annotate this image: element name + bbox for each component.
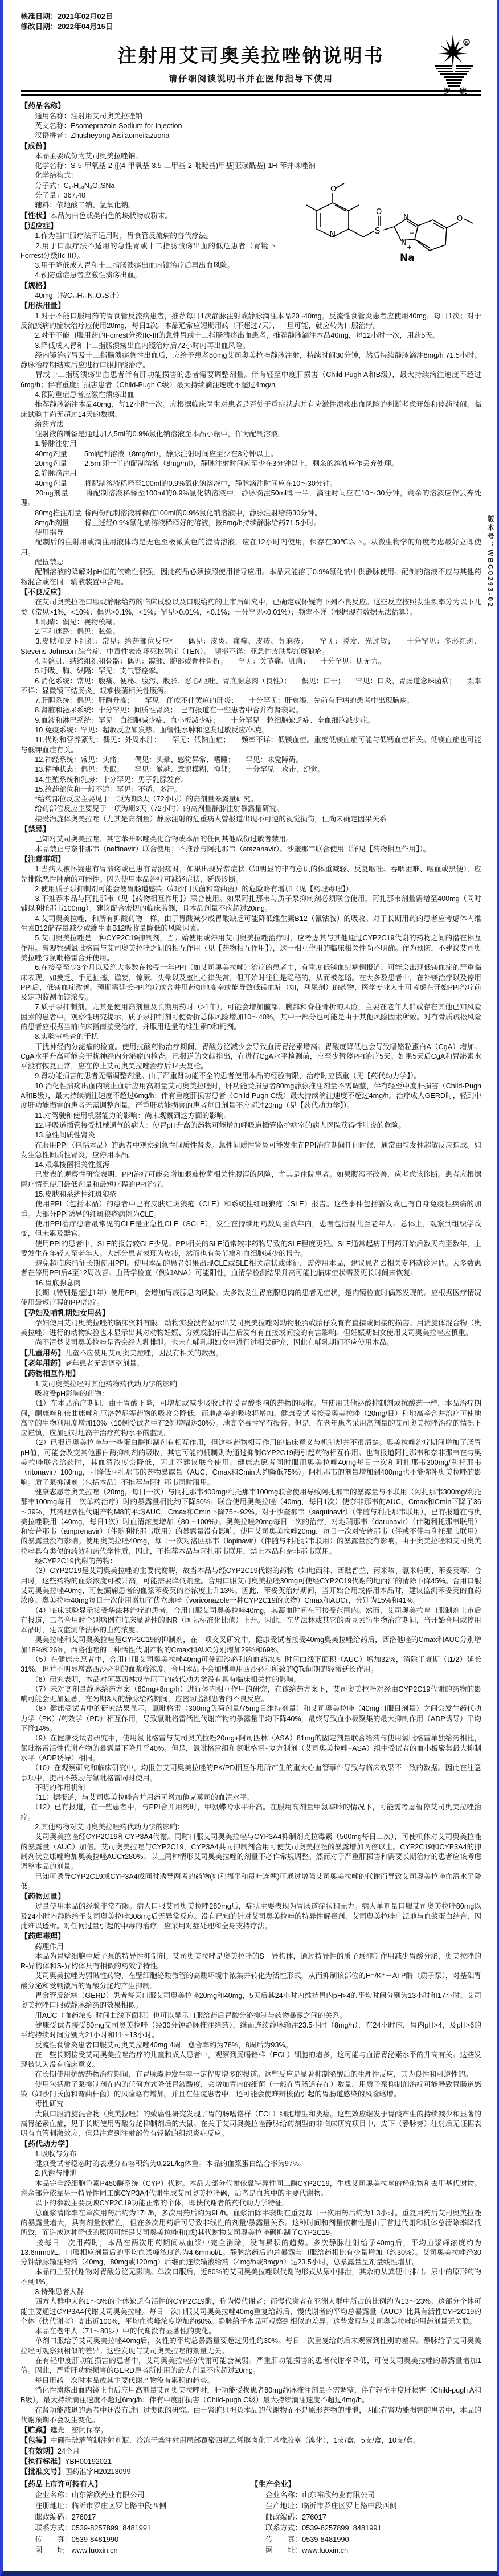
body-line: 反流性食管炎患者口服艾司奥美拉唑40mg 4周，愈合率约为78%，8周后为93%…	[21, 2041, 481, 2050]
company-info-line: 联系方式：0539-8257899 8481991	[21, 2522, 251, 2534]
body-line: 英文名称：Esomeprazole Sodium for Injection	[21, 121, 481, 131]
body-line: （8）健康受试者中的研究结果显示，氯吡格雷（300mg负荷剂量/75mg日维持剂…	[21, 1704, 481, 1734]
body-line: *给药部位反应主要见于一项为期3天（72小时）的高剂量暴露量研究。	[21, 794, 481, 804]
body-line: 9.肾功能损害的患者无需调整剂量。由于严重肾功能不全的患者使用本品的经验有限，治…	[21, 1071, 481, 1081]
body-line: 14.生殖系统和乳房：十分罕见：男子乳腺发育。	[21, 775, 481, 785]
body-line: 尚不清楚艾司奥美拉唑是否会经人乳排泄。也未在哺乳期妇女中进行过相关研究，因此在哺…	[21, 1338, 481, 1348]
body-line: 已知可诱导CYP2C19或CYP3A4或同时诱导两者的药物(如利福平和贯叶连翘)…	[21, 1872, 481, 1892]
section-heading: 【禁忌】	[21, 825, 50, 833]
svg-text:Na: Na	[400, 252, 415, 264]
body-line: 本品主要成份为艾司奥美拉唑钠。	[21, 151, 481, 161]
body-line: 在有轻中度肝功能损害的患者中，艾司奥美拉唑的代谢可能会减弱。严重肝功能损害的患者…	[21, 2356, 481, 2376]
body-line: 4.艾司奥美拉唑，和所有抑酸药物一样，由于胃酸减少或胃酸缺乏可能降低维生素B12…	[21, 914, 481, 934]
body-line: 14.艰难梭菌相关性腹泻	[21, 1160, 481, 1170]
svg-text:欣: 欣	[459, 87, 467, 95]
approval-dates: 核准日期：2021年02月02日 修改日期：2022年04月15日	[21, 11, 481, 32]
body-line: 2.静脉滴注用	[21, 469, 481, 478]
body-line: 4.预防重症患者应激性溃疡出血	[21, 390, 481, 400]
company-info-line: 企业名称：山东裕欣药业有限公司	[21, 2489, 251, 2501]
body-line: 艾司奥美拉唑经CYP2C19和CYP3A4代谢。同时口服艾司奥美拉唑与CYP3A…	[21, 1832, 481, 1871]
body-line: 1.当病人被怀疑患有胃溃疡或已患有胃溃疡时，如果出现异常症状（如明显的非有意识的…	[21, 865, 481, 884]
body-line: 10.免疫系统：罕见：超敏反应如发热、血管性水肿和速发过敏反应/休克。	[21, 726, 481, 735]
body-line: 已知对艾司奥美拉唑、其它苯并咪唑类化合物或本品的任何其他成份过敏者禁用。	[21, 834, 481, 844]
revision-date: 修改日期：2022年04月15日	[21, 22, 481, 32]
body-line: （12）已有报道，在一些患者中，与PPI合并用药时，甲氨蝶呤水平升高。在服用高剂…	[21, 1803, 481, 1823]
body-line: 本品在老年人（71～80岁）中的代谢没有显著性的变化。	[21, 2327, 481, 2336]
approval-date: 核准日期：2021年02月02日	[21, 11, 481, 22]
company-column: 【药品上市许可持有人】 企业名称：山东裕欣药业有限公司 注册地址：临沂市罗庄区罗…	[21, 2479, 251, 2556]
body-line: 按每日一次用药时，本品在两次用药期间从血浆中完全消除，没有累积的趋势。多次静脉注…	[21, 2238, 481, 2268]
company-info-line: 企业名称：山东裕欣药业有限公司	[251, 2489, 482, 2501]
body-line: 不明的作用机制	[21, 1783, 481, 1793]
body-line: 【执行标准】YBH00192021	[21, 2456, 481, 2467]
company-info-line: 传 真：0539-8481990	[251, 2534, 482, 2545]
svg-text:N: N	[329, 229, 336, 239]
body-line: 1.艾司奥美拉唑对其他药物药代动力学的影响	[21, 1379, 481, 1389]
body-line: （10）在观察研究和临床研究中，均报告艾司奥美拉唑的PK/PD相互作用所产生的重…	[21, 1763, 481, 1783]
body-line: 使用指导	[21, 528, 481, 538]
body-line: 【有效期】24个月	[21, 2446, 481, 2456]
body-line: 10.消化性溃疡出血内镜止血后应用高剂量艾司奥美拉唑时，肝功能受损患者80mg静…	[21, 1082, 481, 1111]
body-line: 胃或十二指肠溃疡出血患者伴有肝功能损害的患者需要调整剂量。伴有轻至中度肝损害（C…	[21, 370, 481, 390]
body-line: 【孕妇及哺乳期妇女用药】	[21, 1308, 481, 1318]
svg-text:O: O	[376, 208, 382, 216]
company-column-title: 【药品上市许可持有人】	[21, 2479, 251, 2489]
body-line: （3）CYP2C19是艾司奥美拉唑的主要代谢酶，故当本品与经CYP2C19代谢的…	[21, 1566, 481, 1606]
section-heading: 【用法用量】	[21, 301, 65, 310]
body-line: 2.对于不能口服用药的Forrest分级IIc-III的急性胃或十二指肠溃疡出血…	[21, 331, 481, 341]
page-title: 注射用艾司奥美拉唑钠说明书	[21, 41, 481, 68]
body-line: 13.急性间质性肾炎	[21, 1131, 481, 1140]
body-line: 6.在接受至少3个月以及绝大多数在接受一年PPI（如艾司奥美拉唑）治疗的患者中，…	[21, 963, 481, 1002]
company-info-line: 网 址：www.luoxin.cn	[251, 2545, 482, 2556]
body-line: （2）已报道奥美拉唑与一些蛋白酶抑制剂有相互作用，但这些药物相互作用的临床意义与…	[21, 1438, 481, 1487]
body-line: 孕妇使用艾司奥美拉唑的临床资料有限。动物实验没有显示出艾司奥美拉唑对动物胚胎或胎…	[21, 1318, 481, 1338]
body-line: 7.质子泵抑制剂，尤其是使用高剂量及长期用药时（>1年），可能会增加髋部、腕部和…	[21, 1002, 481, 1032]
body-line: 配制后的注射用或滴注用液体均是无色至极微黄色的澄清溶液，应在12小时内使用，保存…	[21, 538, 481, 558]
section-heading: 【儿童用药】	[21, 1349, 65, 1357]
body-line: 长期（特别是超过1年）使用PPI，会增加胃底腺息肉风险。大多数发生胃底腺息肉的患…	[21, 1288, 481, 1308]
body-line: 使用PPI治疗患者最常见的CLE是亚急性CLE（SCLE），发生在持续用药数周至…	[21, 1219, 481, 1239]
body-line: 15.给药部位和一般不适：罕见：不适、多汗。	[21, 785, 481, 794]
svg-text:O: O	[457, 215, 463, 223]
body-line: 3.降低成人胃和十二指肠溃疡出血内镜治疗后72小时内再出血风险。	[21, 341, 481, 351]
luoxin-logo-icon: R 罗 欣	[430, 33, 478, 96]
body-line: 40mg（按C₁₇H₁₉N₃O₃S计）	[21, 291, 481, 301]
section-heading: 【孕妇及哺乳期妇女用药】	[21, 1309, 109, 1317]
body-line: 【成份】	[21, 141, 481, 151]
body-line: 【药物过量】	[21, 1891, 481, 1902]
body-line: 健康受试者接受80mg艾司奥美拉唑（经30分钟静脉推注给药），继而连续静脉输注2…	[21, 2021, 481, 2041]
body-line: 8mg/h剂量 将上述经0.9%氯化钠溶液稀释好的溶液，按8mg/h持续静脉给药…	[21, 518, 481, 528]
body-line: 1.眼睛：偶见：视物模糊。	[21, 617, 481, 627]
svg-text:R: R	[465, 40, 468, 45]
body-line: （5）在健康志愿者中，合用口服艾司奥美拉唑40mg可使西沙必利的血药浓度-时间曲…	[21, 1655, 481, 1675]
body-line: 注射液的制备是通过加入5ml的0.9%氯化钠溶液至本品小瓶中，作为配制溶液。	[21, 429, 481, 439]
body-line: 过量使用本品的经验非常有限。病人口服艾司奥美拉唑280mg后，症状主要表现为胃肠…	[21, 1902, 481, 1931]
body-line: 单剂口服给予艾司奥美拉唑40mg后，女性的平均总暴露量要超过男性约30%。每日一…	[21, 2336, 481, 2356]
body-line: 在一些长期接受艾司奥美拉唑治疗的儿童和成人患者中，观察到肠嗜铬样（ECL）细胞的…	[21, 2050, 481, 2070]
body-line: 3.皮肤和皮下组织：常见：给药部位反应* 偶见：皮炎、瘙痒、皮疹、荨麻疹； 罕见…	[21, 637, 481, 657]
body-line: 40mg剂量 5ml配制溶液（8mg/ml），静脉注射时间应至少在3分钟以上。	[21, 449, 481, 459]
company-info-line: 联系方式：0539-8257899 8481991	[251, 2522, 482, 2534]
body-line: （6）研究表明，本品对阿莫西林或奎尼丁的药代动力学没有具有临床相关性的影响。	[21, 1675, 481, 1685]
body-line: 【用法用量】	[21, 301, 481, 311]
section-heading: 【药物相互作用】	[21, 1369, 80, 1378]
body-line: 健康志愿者奥美拉唑（20mg，每日一次）与阿扎那韦400mg/利托那韦100mg…	[21, 1488, 481, 1557]
company-info-line: 邮政编码：276017	[21, 2512, 251, 2523]
body-line: 【批准文号】国药准字H20213099	[21, 2467, 481, 2477]
svg-text:罗: 罗	[444, 87, 451, 95]
body-line: 用AUC（血药浓度-时间曲线下面积）也可以显示口服给药后胃酸分泌抑制与药物暴露之…	[21, 2011, 481, 2021]
section-heading: 【成份】	[21, 142, 50, 150]
section-heading: 【注意事项】	[21, 855, 65, 863]
section-heading: 【批准文号】	[21, 2467, 65, 2476]
section-heading: 【规格】	[21, 281, 50, 290]
body-line: 化学名称：S-5-甲氧基-2-{[(4-甲氧基-3,5-二甲基-2-吡啶基)甲基…	[21, 161, 481, 171]
body-line: 8.实验室检查的干扰	[21, 1032, 481, 1042]
body-line: 4.预防重症患者应激性溃疡出血。	[21, 271, 481, 280]
svg-text:N: N	[403, 214, 409, 222]
svg-text:+: +	[407, 244, 412, 251]
body-line: 给药部位反应主要见于一项为期3天（72小时）的高剂量静脉注射暴露量研究。	[21, 804, 481, 814]
body-line: 3.特殊患者人群	[21, 2287, 481, 2297]
body-line: 消化性溃疡出血内镜止血后应用高剂量艾司奥美拉唑时，肝功能受损患者80mg静脉推注…	[21, 2386, 481, 2406]
package-insert-page: 核准日期：2021年02月02日 修改日期：2022年04月15日 R 罗	[0, 0, 499, 2576]
body-line: 配制溶液的降解对pH值的依赖性很强，因此药品必须按照使用指导应用。本品只能溶于0…	[21, 567, 481, 587]
company-info: 【药品上市许可持有人】 企业名称：山东裕欣药业有限公司 注册地址：临沂市罗庄区罗…	[21, 2479, 481, 2556]
body-line: 化学结构式：	[21, 171, 481, 181]
body-line: 【不良反应】	[21, 587, 481, 597]
body-line: 1.静脉注射用	[21, 439, 481, 449]
body-line: 8.肾脏和泌尿系统：十分罕见：间质性肾炎； 已有报道在一些患者中合并有肾衰竭。	[21, 706, 481, 715]
body-line: （7）未对高剂量静脉给药方案（80mg+8mg/h）进行体内相互作用的研究，在该…	[21, 1685, 481, 1705]
company-info-line: 注册地址：临沂市罗庄区罗七路中段西侧	[21, 2500, 251, 2512]
body-line: 奥美拉唑和艾司奥美拉唑是CYP2C19的抑制剂，在一项交叉研究中，健康受试者接受…	[21, 1635, 481, 1655]
body-line: 5.艾司奥美拉唑是一种CYP2C19抑制剂，当开始使用或停用艾司奥美拉唑治疗时，…	[21, 933, 481, 963]
body-line: 12.呼吸道插管接受机械通气的病人：使胃pH升高的药物可能增加呼吸道插管监护病室…	[21, 1121, 481, 1131]
section-heading: 【药物过量】	[21, 1892, 65, 1901]
title-divider	[21, 90, 481, 96]
section-heading: 【贮藏】	[21, 2426, 50, 2434]
body-line: 【贮藏】遮光，密闭保存。	[21, 2425, 481, 2435]
body-line: 【老年用药】老年患者无需调整剂量。	[21, 1358, 481, 1369]
body-line: 使用PPI的患者中，SLE的报告较CLE少见。PPI相关的SLE通常较非药物导致…	[21, 1239, 481, 1259]
body-line: 在肾功能减退的患者中还没有进行过类似的研究。由于肾脏只担负本品的代谢物而不是原形…	[21, 2406, 481, 2426]
body-line: 12.神经系统：常见：头痛； 偶见：头晕、感觉异常、嗜睡； 罕见：味觉障碍。	[21, 755, 481, 765]
body-line: 3.不推荐本品与阿扎那韦（见【药物相互作用】）联合使用。如果阿扎那韦与质子泵抑制…	[21, 894, 481, 914]
section-heading: 【药理毒理】	[21, 1932, 65, 1940]
company-info-line: 生产地址：临沂市罗庄区罗七路中段西侧	[251, 2500, 482, 2512]
body-line: 经内镜治疗胃及十二指肠溃疡急性出血后，应给予患者80mg艾司奥美拉唑静脉注射，持…	[21, 351, 481, 371]
section-heading: 【包装】	[21, 2436, 50, 2444]
body-line: 【儿童用药】儿童不应使用艾司奥美拉唑，因没有相关的数据。	[21, 1348, 481, 1358]
luoxin-logo: R 罗 欣	[430, 33, 478, 99]
section-heading: 【老年用药】	[21, 1359, 65, 1367]
section-heading: 【性状】	[21, 211, 50, 220]
svg-text:S: S	[375, 226, 381, 236]
body-line: 80mg推注剂量 将两份配制溶液稀释在100ml的0.9%氯化钠溶液中，静脉注射…	[21, 509, 481, 518]
body-line: 接受消旋体奥美拉唑（尤其是高剂量）静脉注射的危重病人曾报道出现不可逆的视觉损伤，…	[21, 814, 481, 824]
body-line: （11）据报道，与艾司奥美拉唑合并用药可增加他克莫司的血清水平。	[21, 1793, 481, 1803]
section-heading: 【执行标准】	[21, 2457, 65, 2466]
body-line: 16.胃底腺息肉	[21, 1279, 481, 1288]
body-line: 在艾司奥美拉唑口服或静脉给药的临床试验以及口服给药的上市后研究中，已确定或怀疑有…	[21, 597, 481, 617]
section-heading: 【适应症】	[21, 222, 58, 230]
company-column-title: 【生产企业】	[251, 2479, 482, 2489]
svg-text:N: N	[401, 239, 407, 247]
body-line: 大鼠口服消旋混合物（奥美拉唑）的致癌性研究发现了胃的肠嗜铬样（ECL）细胞增生和…	[21, 2110, 481, 2139]
body-line: （4）临床试验显示接受华法林治疗的患者，合用口服艾司奥美拉唑40mg，其凝血时间…	[21, 1606, 481, 1636]
section-heading: 【有效期】	[21, 2447, 58, 2455]
body-line: 6.消化系统：常见：腹痛、便秘、腹泻、腹胀、恶心/呕吐、胃底腺息肉（良性）； 偶…	[21, 677, 481, 697]
body-line: 【药理毒理】	[21, 1931, 481, 1942]
body-line: 药理作用	[21, 1942, 481, 1952]
body-line: 干扰神经内分泌瘤的检查。使用抗酸药物治疗期间，胃酸分泌减少会导致血清胃泌素增高。…	[21, 1042, 481, 1072]
body-line: 本品为胃壁细胞中质子泵的特异性抑制剂。艾司奥美拉唑是奥美拉唑的S－异构体，通过特…	[21, 1952, 481, 1972]
body-line: 20mg剂量 2.5ml即一半的配制溶液（8mg/ml），静脉注射时间应至少在3…	[21, 459, 481, 469]
body-line: 9.血液和淋巴系统：罕见：白细胞减少症、血小板减少症； 十分罕见：粒细胞缺乏症、…	[21, 716, 481, 726]
body-line: 经CYP2C19代谢的药物：	[21, 1557, 481, 1566]
body-line: 15.皮肤和系统性红斑狼疮	[21, 1190, 481, 1199]
insert-body: 【药品名称】 通用名称：注射用艾司奥美拉唑钠 英文名称：Esomeprazole…	[21, 101, 481, 2477]
company-info-line: 网 址：www.luoxin.cn	[21, 2545, 251, 2556]
company-info-line: 传 真：0539-8481990	[21, 2534, 251, 2545]
body-line: 汉语拼音：Zhusheyong Aisi'aomeilazuona	[21, 131, 481, 141]
body-line: 使用包括质子泵抑制剂在内的任何方式降低胃液酸度，会增加胃内的细菌（一般在胃肠道存…	[21, 2080, 481, 2100]
body-line: 2.其他药物对艾司奥美拉唑药代动力学的影响：	[21, 1823, 481, 1832]
svg-text:−: −	[409, 229, 415, 237]
body-line: 2.使用质子泵抑制剂可能会使胃肠道感染（如沙门氏菌和弯曲菌）的危险略有增加（见【…	[21, 884, 481, 894]
body-line: 以下的参数主要反映CYP2C19功能正常的个体，即快代谢者的药代动力学特征。	[21, 2198, 481, 2208]
body-line: （9）在健康受试者研究中，使用氯吡格雷与艾司奥美拉唑20mg+阿司匹林（ASA）…	[21, 1734, 481, 1763]
body-line: 总血浆清除率在单次用药后约为17L/h，多次用药后约为9L/h。血浆消除半衰期在…	[21, 2209, 481, 2238]
body-line: 健康受试者稳态时的表观分布容积约为0.22L/kg体重。本品的血浆蛋白结合率为9…	[21, 2159, 481, 2169]
body-line: 每日用药一次时本品或其主要代谢产物没有累积的趋势。	[21, 2376, 481, 2386]
body-line: 【药代动力学】	[21, 2139, 481, 2149]
section-heading: 【药代动力学】	[21, 2140, 72, 2148]
section-heading: 【不良反应】	[21, 588, 65, 596]
body-line: 7.肝胆系统：偶见：肝酶升高； 罕见：伴或不伴黄疸的肝炎； 十分罕见：肝衰竭、先…	[21, 696, 481, 706]
body-line: 吸收受pH影响的药物：	[21, 1389, 481, 1399]
body-line: （1）在本品治疗期间，由于胃酸下降，可增加或减少吸收过程受胃酸影响的药物的吸收。…	[21, 1399, 481, 1438]
body-line: 13.精神状态：偶见：失眠； 罕见：激越、意识模糊、抑郁； 十分罕见：攻击、幻觉…	[21, 765, 481, 775]
body-line: 使用PPI（包括本品）的患者中已有皮肤红斑狼疮（CLE）和系统性红斑狼疮（SLE…	[21, 1199, 481, 1219]
body-line: 40mg剂量 将配制溶液稀释至100ml的0.9%氯化钠溶液中，静脉滴注时间应在…	[21, 479, 481, 489]
body-line: 【禁忌】	[21, 824, 481, 834]
body-line: 艾司奥美拉唑为弱碱性药物，在壁细胞泌酸微管的高酸环境中浓集并转化为活性形式，从而…	[21, 1971, 481, 1991]
body-line: 1.吸收与分布	[21, 2149, 481, 2159]
body-line: 在服用PPI（包括本品）的患者中观察到急性间质性肾炎。急性间质性肾炎可能发生在P…	[21, 1141, 481, 1161]
company-info-line: 邮政编码：276017	[251, 2512, 482, 2523]
body-line: 西方人群中大约1～3%的个体缺乏有活性的CYP2C19酶，称为慢代谢者；而慢代谢…	[21, 2297, 481, 2327]
body-line: 【包装】中硼硅玻璃管制注射剂瓶、冷冻干燥注射用局部覆聚四氟乙烯膜卤化丁基橡胶塞（…	[21, 2435, 481, 2446]
chemical-structure-diagram: O N S O N N − + O Na	[283, 181, 479, 268]
body-line: 5.呼吸、胸、纵隔：罕见：支气管痉挛。	[21, 666, 481, 676]
body-line: 通用名称：注射用艾司奥美拉唑钠	[21, 112, 481, 121]
body-line: 胃食管反流病（GERD）患者每天口服艾司奥美拉唑20mg和40mg，5天后其24…	[21, 1991, 481, 2011]
body-line: 已发表的观察性研究表明，PPI治疗可能会增加艰难梭菌相关性腹泻的风险，尤其是住院…	[21, 1170, 481, 1190]
version-number: 版本号：WBC0293-02	[486, 515, 496, 608]
body-line: 【注意事项】	[21, 854, 481, 865]
body-line: 4.骨骼肌、结缔组织和骨骼：偶见：髋部、腕部或脊柱骨折； 罕见：关节痛、肌痛； …	[21, 657, 481, 666]
body-line: 【药品名称】	[21, 101, 481, 111]
body-line: 本品完全经细胞色素P450酶系统（CYP）代谢。本品大部分代谢依靠特异性同工酶C…	[21, 2179, 481, 2199]
body-line: 在长期使用抗酸药物治疗期间，有胃腺囊肿发生率一定程度增多的报道。这些反应是显著抑…	[21, 2070, 481, 2079]
body-line: 1.对于不能口服用药的胃食管反流病患者，推荐每日1次静脉注射或静脉滴注本品20~…	[21, 312, 481, 331]
body-line: 给药方法	[21, 420, 481, 429]
svg-text:O: O	[330, 185, 336, 194]
divider-bar-top	[21, 90, 481, 92]
body-line: 11.代谢和营养紊乱：偶见：外周水肿； 罕见：低钠血症； 频率不详：低镁血症。重…	[21, 735, 481, 755]
body-line: 本品的主要代谢物对胃酸分泌无影响。单次口服后，近80%的艾司奥美拉唑以代谢物形式…	[21, 2267, 481, 2287]
body-line: 20mg剂量 将配制溶液稀释至100ml的0.9%氯化钠溶液中，静脉滴注50ml…	[21, 489, 481, 509]
section-heading: 【药品名称】	[21, 101, 65, 110]
company-column: 【生产企业】 企业名称：山东裕欣药业有限公司 生产地址：临沂市罗庄区罗七路中段西…	[251, 2479, 482, 2556]
body-line: 配伍禁忌	[21, 558, 481, 567]
body-line: 2.耳和迷路：偶见：眩晕。	[21, 627, 481, 637]
body-line: 推荐静脉滴注本品40mg，每12小时一次。应根据临床医生对患者是否处于重症状态并…	[21, 400, 481, 420]
body-line: 2.代谢与排泄	[21, 2169, 481, 2178]
body-line: 本品禁止与奈非那韦（nelfinavir）联合使用；不推荐与阿扎那韦（ataza…	[21, 845, 481, 854]
body-line: 11.对驾驶和使用机器能力的影响：尚未观察到这方面的影响。	[21, 1111, 481, 1121]
page-subtitle: 请仔细阅读说明书并在医师指导下使用	[21, 72, 481, 84]
body-line: 毒性研究	[21, 2099, 481, 2109]
body-line: 【规格】	[21, 281, 481, 291]
body-line: 避免超临床指征长期使用PPI。使用本品的患者如果出现CLE或SLE相关症状或体征…	[21, 1259, 481, 1279]
divider-bar-bottom	[21, 94, 481, 96]
body-line: 【药物相互作用】	[21, 1369, 481, 1379]
